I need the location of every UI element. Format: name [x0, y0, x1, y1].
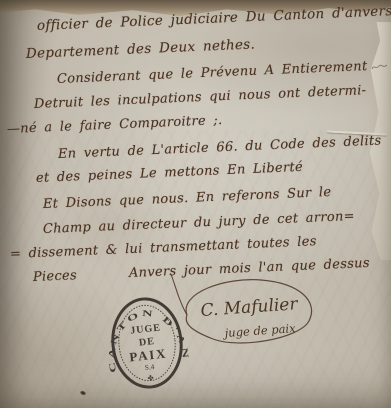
manuscript-line: En vertu de L'article 66. du Code des de…	[58, 134, 382, 162]
ink-speck	[79, 390, 86, 396]
signature-name: C. Mafulier	[200, 294, 299, 321]
pen-squiggle-icon	[371, 62, 389, 72]
manuscript-line: Considerant que le Prévenu A Entierement	[57, 60, 368, 87]
manuscript-line: Champ au directeur du jury de cet arron=	[43, 210, 355, 237]
manuscript-line: Detruit les inculpations qui nous ont de…	[34, 84, 367, 112]
stamp-line-s4: S.4	[144, 362, 155, 372]
manuscript-line: = dissement & lui transmettant toutes le…	[10, 235, 317, 262]
signature: C. Mafulier juge de paix	[167, 271, 327, 359]
manuscript-line: —né a le faire Comparoitre ;.	[7, 114, 223, 137]
stamp-rosette-icon: ✤	[147, 373, 154, 383]
manuscript-line: Et Disons que nous. En referons Sur le	[43, 186, 332, 212]
stamp-line-de: DE	[138, 336, 155, 349]
signature-title: juge de paix	[221, 321, 296, 340]
manuscript-photo: officier de Police judiciaire Du Canton …	[0, 0, 391, 408]
manuscript-line: et des peines Le mettons En Liberté	[36, 161, 304, 186]
manuscript-line: Departement des Deux nethes.	[26, 37, 256, 61]
stamp-line-juge: JUGE	[130, 322, 162, 336]
